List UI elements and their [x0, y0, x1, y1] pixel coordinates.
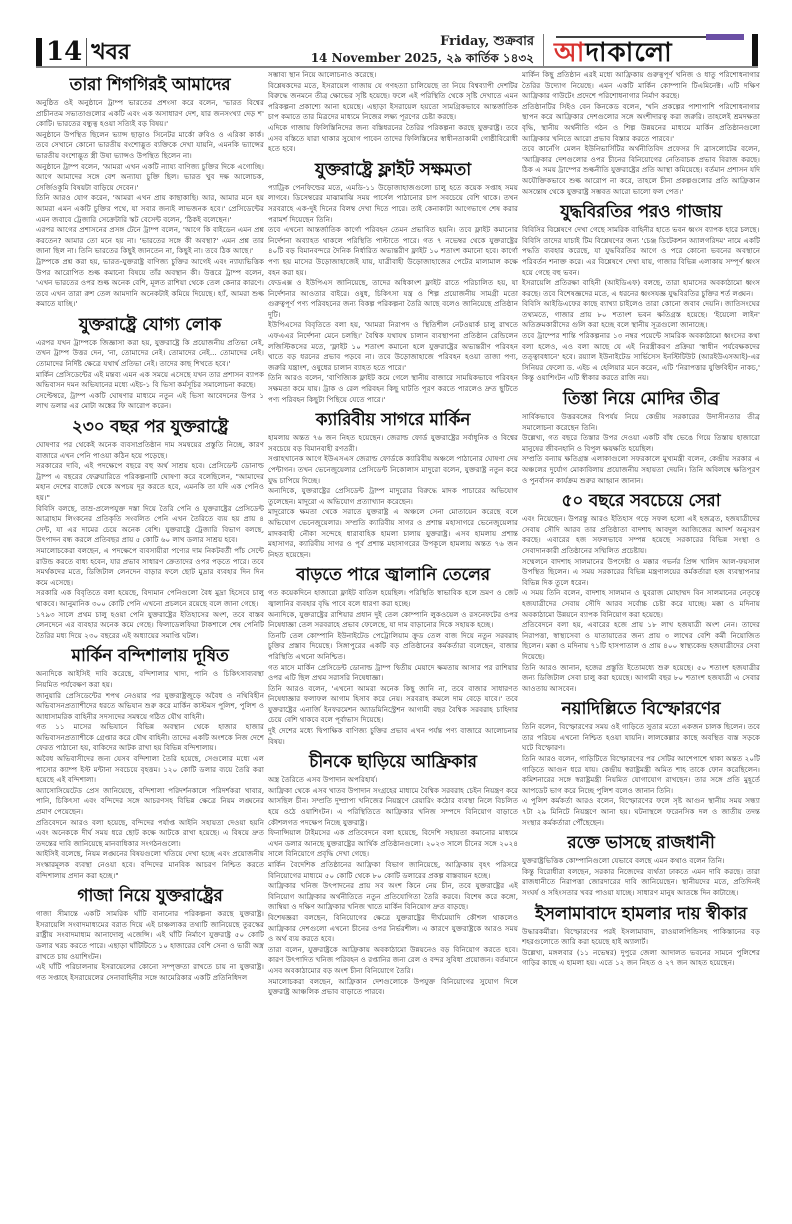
column-1: তারা শিগগিরই আমাদেরঅনুষ্ঠিত ওই অনুষ্ঠানে… — [36, 70, 264, 1220]
article: তারা শিগগিরই আমাদেরঅনুষ্ঠিত ওই অনুষ্ঠানে… — [36, 74, 264, 310]
article: ২৩০ বছর পর যুক্তরাষ্ট্রেঘোষণার পর থেকেই … — [36, 416, 264, 641]
article: ৫০ বছরে সবচেয়ে সেরাএবং নিয়েছেন। উপরন্ত… — [522, 490, 760, 694]
article: গাজা নিয়ে যুক্তরাষ্ট্রেরগাজা সীমান্তে এ… — [36, 885, 264, 983]
article-paragraph: ঘোষণার পর থেকেই অনেক ব্যবসাপ্রতিষ্ঠান দা… — [36, 440, 264, 461]
article: রক্তে ভাসছে রাজধানীযুক্তরাষ্ট্রভিত্তিক ক… — [522, 832, 760, 898]
page-bar-decoration — [36, 38, 42, 66]
article-paragraph: প্রতিষ্ঠানটির সিইও বেন কিনকেড বলেন, 'খনি… — [522, 102, 760, 144]
logo-text: আদাকালো — [554, 39, 673, 67]
article-paragraph: ফেডএক্স ও ইউপিএস জানিয়েছে, তাদের অধিকাং… — [268, 278, 518, 320]
article-paragraph: তিনি বলেন, বিস্ফোরণের সময় ওই গাড়িতে সু… — [522, 722, 760, 754]
article: বাড়তে পারে জ্বালানি তেলেরগত কয়েকদিনে হ… — [268, 564, 518, 747]
article-paragraph: উল্লেখ্য, মঙ্গলবার (১১ নভেম্বর) দুপুরে জ… — [522, 948, 760, 969]
article-paragraph: তিনি আরও জানান, হজের প্রস্তুতি ইতোমধ্যে … — [522, 663, 760, 695]
masthead: 14 খবর Friday, শুক্রবার 14 November 2025… — [36, 34, 758, 66]
article-paragraph: বিশেষজ্ঞরা বলছেন, বিনিয়োগের ক্ষেত্রে যু… — [268, 913, 518, 945]
article: সম্ভাব্য স্থান নিয়ে আলোচনাও করেছে।বিশ্ল… — [268, 70, 518, 155]
article-headline: গাজা নিয়ে যুক্তরাষ্ট্রের — [36, 885, 264, 907]
article-paragraph: অনুষ্ঠানে ট্রাম্প বলেন, 'আমরা এখন একটি ন… — [36, 162, 264, 194]
article-paragraph: প্রতিবেদনে বলা হয়, এবারের হজে প্রায় ১৮… — [522, 620, 760, 662]
article-paragraph: সরকারের দাবি, এই পদক্ষেপে বছরে বহু অর্থ … — [36, 461, 264, 503]
article-paragraph: অন্যদিকে, যুক্তরাষ্ট্রের প্রেসিডেন্ট ট্র… — [268, 486, 518, 507]
article-headline: চীনকে ছাড়িয়ে আফ্রিকার — [268, 751, 518, 773]
article-paragraph: ইউপিএসের বিবৃতিতে বলা হয়, 'আমরা নিরাপদ … — [268, 320, 518, 373]
article-paragraph: অনুষ্ঠিত ওই অনুষ্ঠানে ট্রাম্প ভারতের প্র… — [36, 98, 264, 130]
article-paragraph: এরপর যখন ট্রাম্পকে জিজ্ঞাসা করা হয়, যুক… — [36, 338, 264, 370]
article-paragraph: তবে এখনো আন্তর্জাতিক কার্গো পরিবহন তেমন … — [268, 225, 518, 278]
article: যুক্তরাষ্ট্রে যোগ্য লোকএরপর যখন ট্রাম্পক… — [36, 314, 264, 412]
article-headline: যুক্তরাষ্ট্রে যোগ্য লোক — [36, 314, 264, 336]
article-paragraph: গত কয়েকদিনে হাজারো ফ্লাইট বাতিল হয়েছিল… — [268, 588, 518, 609]
article-paragraph: সমালোচকেরা বলছেন, এ পদক্ষেপে ব্যবসায়ীরা… — [36, 546, 264, 588]
logo-bar — [752, 34, 758, 66]
article-paragraph: সপ্তাহখানেক আগে ইউএসএস জেরাল্ড ফোর্ডকে ক… — [268, 454, 518, 486]
article-paragraph: সেপ্টেম্বরে, ট্রাম্প একটি ঘোষণার মাধ্যমে… — [36, 391, 264, 412]
article-paragraph: বিশ্লেষকদের মতে, ইসরায়েল গাজায় যে গণহত… — [268, 81, 518, 123]
article-headline: ক্যারিবীয় সাগরে মার্কিন — [268, 409, 518, 431]
date-full: 14 November 2025, ২৯ কার্তিক ১৪৩২ — [311, 50, 534, 66]
article-paragraph: সরকারি এক বিবৃতিতে বলা হয়েছে, বিদ্যমান … — [36, 588, 264, 609]
logo-tag — [706, 34, 744, 40]
date-block: Friday, শুক্রবার 14 November 2025, ২৯ কা… — [311, 34, 534, 66]
article-headline: নয়াদিল্লিতে বিস্ফোরণের — [522, 698, 760, 720]
article-paragraph: বিবিসি আইডিএফের কাছে ব্যাখ্যা চাইলেও তার… — [522, 299, 760, 331]
article-paragraph: এরপর আগের প্রশাসনের প্রসঙ্গ টেনে ট্রাম্প… — [36, 225, 264, 257]
article-headline: বাড়তে পারে জ্বালানি তেলের — [268, 564, 518, 586]
article-paragraph: তারা বলেন, যুক্তরাষ্ট্রকে আফ্রিকায় অবকা… — [268, 945, 518, 977]
article-paragraph: মার্কিন কিছু প্রতিষ্ঠান এরই মধ্যে আফ্রিক… — [522, 70, 760, 102]
article-paragraph: উল্লেখ্য, গত বছরে তিস্তার উপর দেওয়া একট… — [522, 433, 760, 454]
article-paragraph: আফ্রিকার খনিজ উৎপাদনের প্রায় সব অংশ কিন… — [268, 881, 518, 913]
date-en: 14 November 2025, — [311, 51, 442, 65]
page-separator — [86, 38, 87, 66]
page-number-block: 14 খবর — [36, 34, 130, 66]
newspaper-logo: আদাকালো — [550, 34, 758, 66]
article: মার্কিন বন্দিশালায় দূষিতঅন্যদিকে আইসিই … — [36, 645, 264, 881]
article-paragraph: প্রতিবেদনে আরও বলা হয়েছে, বন্দিদের পর্য… — [36, 818, 264, 850]
article-paragraph: ইসরায়েলি প্রতিরক্ষা বাহিনী (আইডিএফ) বলছ… — [522, 278, 760, 299]
date-bn: ২৯ কার্তিক ১৪৩২ — [446, 51, 534, 65]
article-paragraph: ১৭৯৩ সালে প্রথম চালু হওয়া পেনি যুক্তরাষ… — [36, 610, 264, 642]
article-paragraph: অন্যদিকে আইসিই দাবি করেছে, বন্দিশালার খা… — [36, 669, 264, 690]
section-name: খবর — [91, 38, 130, 66]
article-headline: ২৩০ বছর পর যুক্তরাষ্ট্রে — [36, 416, 264, 438]
article: তিস্তা নিয়ে মোদির তীব্রসার্বিকভাবে উত্ত… — [522, 388, 760, 486]
column-2: সম্ভাব্য স্থান নিয়ে আলোচনাও করেছে।বিশ্ল… — [268, 70, 518, 1220]
article-paragraph: তিনটি তেল কোম্পানি ইউনাইটেড পেট্রোলিয়াম… — [268, 631, 518, 663]
article-paragraph: দুই দেশের মধ্যে দ্বিপাক্ষিক বাণিজ্য চুক্… — [268, 726, 518, 747]
article: যুক্তরাষ্ট্রে ফ্লাইট সক্ষমতাপ্যাট্রিক পে… — [268, 159, 518, 405]
date-day: Friday, শুক্রবার — [311, 34, 534, 50]
article-paragraph: অ্যাসোসিয়েটেড প্রেস জানিয়েছে, বন্দিশাল… — [36, 786, 264, 818]
article-paragraph: সম্প্রতি বন্যায় ক্ষতিগ্রস্ত এলাকাগুলো স… — [522, 454, 760, 486]
article: ক্যারিবীয় সাগরে মার্কিনহামলায় অন্তত ৭৬… — [268, 409, 518, 560]
logo-rest: দাকালো — [585, 38, 672, 68]
article-paragraph: তিনি আরও বলেন, গাড়িটিতে বিস্ফোরণের পর স… — [522, 754, 760, 796]
article-paragraph: অবৈধ অভিবাসীদের জন্য যেসব বন্দিশালা তৈরি… — [36, 754, 264, 786]
article-paragraph: তিনি আরও বলেন, 'এখনো আমরা অনেক কিছু জানি… — [268, 684, 518, 726]
article: নয়াদিল্লিতে বিস্ফোরণেরতিনি বলেন, বিস্ফো… — [522, 698, 760, 828]
article-paragraph: তবে কার্নেগি মেলন ইউনিভার্সিটির অর্থনীতি… — [522, 144, 760, 197]
article-paragraph: যুক্তরাষ্ট্রভিত্তিক কোম্পানিগুলো যেভাবে … — [522, 856, 760, 867]
article-paragraph: ফিনান্সিয়াল টাইমসের এক প্রতিবেদনে বলা হ… — [268, 828, 518, 860]
article-paragraph: জানুয়ারি প্রেসিডেন্টের শপথ নেওয়ার পর য… — [36, 691, 264, 723]
article-paragraph: ট্রাম্পকে প্রশ্ন করা হয়, ভারত-যুক্তরাষ্… — [36, 257, 264, 310]
article-headline: রক্তে ভাসছে রাজধানী — [522, 832, 760, 854]
article-paragraph: আফ্রিকা থেকে এসব খাতব উপাদান সংগ্রহের মা… — [268, 786, 518, 828]
article-paragraph: তিনি আরও যোগ করেন, 'আমরা এখন প্রায় কাছা… — [36, 193, 264, 225]
article-paragraph: হামলায় অন্তত ৭৬ জন নিহত হয়েছেন। জেরাল্… — [268, 433, 518, 454]
article-paragraph: মাদুরোকে ক্ষমতা থেকে সরাতে যুক্তরাষ্ট্র … — [268, 507, 518, 560]
article-paragraph: বিবিসি বলছে, তাম্র-প্রলেপযুক্ত দস্তা দিয… — [36, 504, 264, 546]
article-paragraph: তিনি আরও বলেন, 'বাণিজ্যিক ফ্লাইট কমে গেল… — [268, 373, 518, 405]
article-paragraph: সার্বিকভাবে উত্তরবঙ্গের বিপর্যয় নিয়ে ক… — [522, 412, 760, 433]
column-3: মার্কিন কিছু প্রতিষ্ঠান এরই মধ্যে আফ্রিক… — [522, 70, 760, 1220]
article-paragraph: অস্ত্র তৈরিতে এসব উপাদান অপরিহার্য। — [268, 775, 518, 786]
article-paragraph: বিবিসির বিশ্লেষণে দেখা গেছে সামরিক বাহিন… — [522, 225, 760, 236]
article-paragraph: এবং নিয়েছেন। উপরন্তু আরও ইতিহাস গড়ে সফ… — [522, 514, 760, 556]
article-paragraph: অনুষ্ঠানে উপস্থিত ছিলেন ভ্যান্স ছাড়াও স… — [36, 130, 264, 162]
article-paragraph: তবে ট্রাম্পের শান্তি পরিকল্পনার ১৩ নম্বর… — [522, 331, 760, 384]
article-headline: তারা শিগগিরই আমাদের — [36, 74, 264, 96]
article: চীনকে ছাড়িয়ে আফ্রিকারঅস্ত্র তৈরিতে এসব… — [268, 751, 518, 997]
article-paragraph: সমালোচকরা বলছেন, আফ্রিকান দেশগুলোকে উপযু… — [268, 977, 518, 998]
article: ইসলামাবাদে হামলার দায় স্বীকারউদ্ধারকর্ম… — [522, 903, 760, 969]
article-paragraph: এ সময় তিনি বলেন, বাদশাহ সালমান ও যুবরাজ… — [522, 588, 760, 620]
article-headline: যুদ্ধবিরতির পরও গাজায় — [522, 201, 760, 223]
article-paragraph: উদ্ধারকর্মীরা। বিস্ফোরণের পরই ইসলামাবাদ,… — [522, 927, 760, 948]
day-en: Friday, — [440, 34, 489, 49]
article-paragraph: গত ১১ মাসের অভিযানে বিভিন্ন অবস্থান থেকে… — [36, 722, 264, 754]
article-paragraph: বিবিসি তাদের যাচাই টিম বিশ্লেষণের জন্য '… — [522, 236, 760, 278]
logo-accent-letter: আ — [554, 38, 585, 68]
article-headline: ৫০ বছরে সবচেয়ে সেরা — [522, 490, 760, 512]
article-paragraph: এই ঘাঁটি পরিচালনায় ইসরায়েলের কোনো সম্প… — [36, 962, 264, 983]
article-paragraph: সম্মেলনে বাদশাহ সালমানের উপদেষ্টা ও মক্ক… — [522, 557, 760, 589]
masthead-rule — [36, 66, 758, 68]
article: যুদ্ধবিরতির পরও গাজায়বিবিসির বিশ্লেষণে … — [522, 201, 760, 384]
logo-separator — [543, 34, 544, 66]
article-headline: মার্কিন বন্দিশালায় দূষিত — [36, 645, 264, 667]
article-paragraph: কিন্তু বিরোধীরা বলছেন, সরকার নিজেদের ব্য… — [522, 867, 760, 899]
page-number: 14 — [46, 38, 82, 66]
article-paragraph: মার্কিন প্রেসিডেন্টের এই মন্তব্য এমন এক … — [36, 370, 264, 391]
article-paragraph: সম্ভাব্য স্থান নিয়ে আলোচনাও করেছে। — [268, 70, 518, 81]
article-paragraph: এদিকে গাজায় ফিলিস্তিনিদের জন্য বস্তিধরন… — [268, 123, 518, 155]
article-headline: তিস্তা নিয়ে মোদির তীব্র — [522, 388, 760, 410]
article-headline: যুক্তরাষ্ট্রে ফ্লাইট সক্ষমতা — [268, 159, 518, 181]
article-paragraph: প্যাট্রিক পেনফিল্ডের মতে, এমডি-১১ উড়োজা… — [268, 183, 518, 225]
day-bn: শুক্রবার — [494, 34, 534, 49]
article-paragraph: অন্যদিকে, যুক্তরাষ্ট্রের রাশিয়ার প্রধান… — [268, 610, 518, 631]
article-paragraph: আইসিই বলেছে, নিয়ম লঙ্ঘনের বিষয়গুলো খতি… — [36, 849, 264, 881]
article-paragraph: গাজা সীমান্তে একটি সামরিক ঘাঁটি বানানোর … — [36, 909, 264, 962]
article-paragraph: গত মাসে মার্কিন প্রেসিডেন্ট ডোনাল্ড ট্রা… — [268, 663, 518, 684]
article-headline: ইসলামাবাদে হামলার দায় স্বীকার — [522, 903, 760, 925]
article-paragraph: এ পুলিশ কর্মকর্তা আরও বলেন, বিস্ফোরণের ফ… — [522, 796, 760, 828]
article: মার্কিন কিছু প্রতিষ্ঠান এরই মধ্যে আফ্রিক… — [522, 70, 760, 197]
article-paragraph: মার্কিন বৈদেশিক প্রতিষ্ঠানের আফ্রিকা বিভ… — [268, 860, 518, 881]
